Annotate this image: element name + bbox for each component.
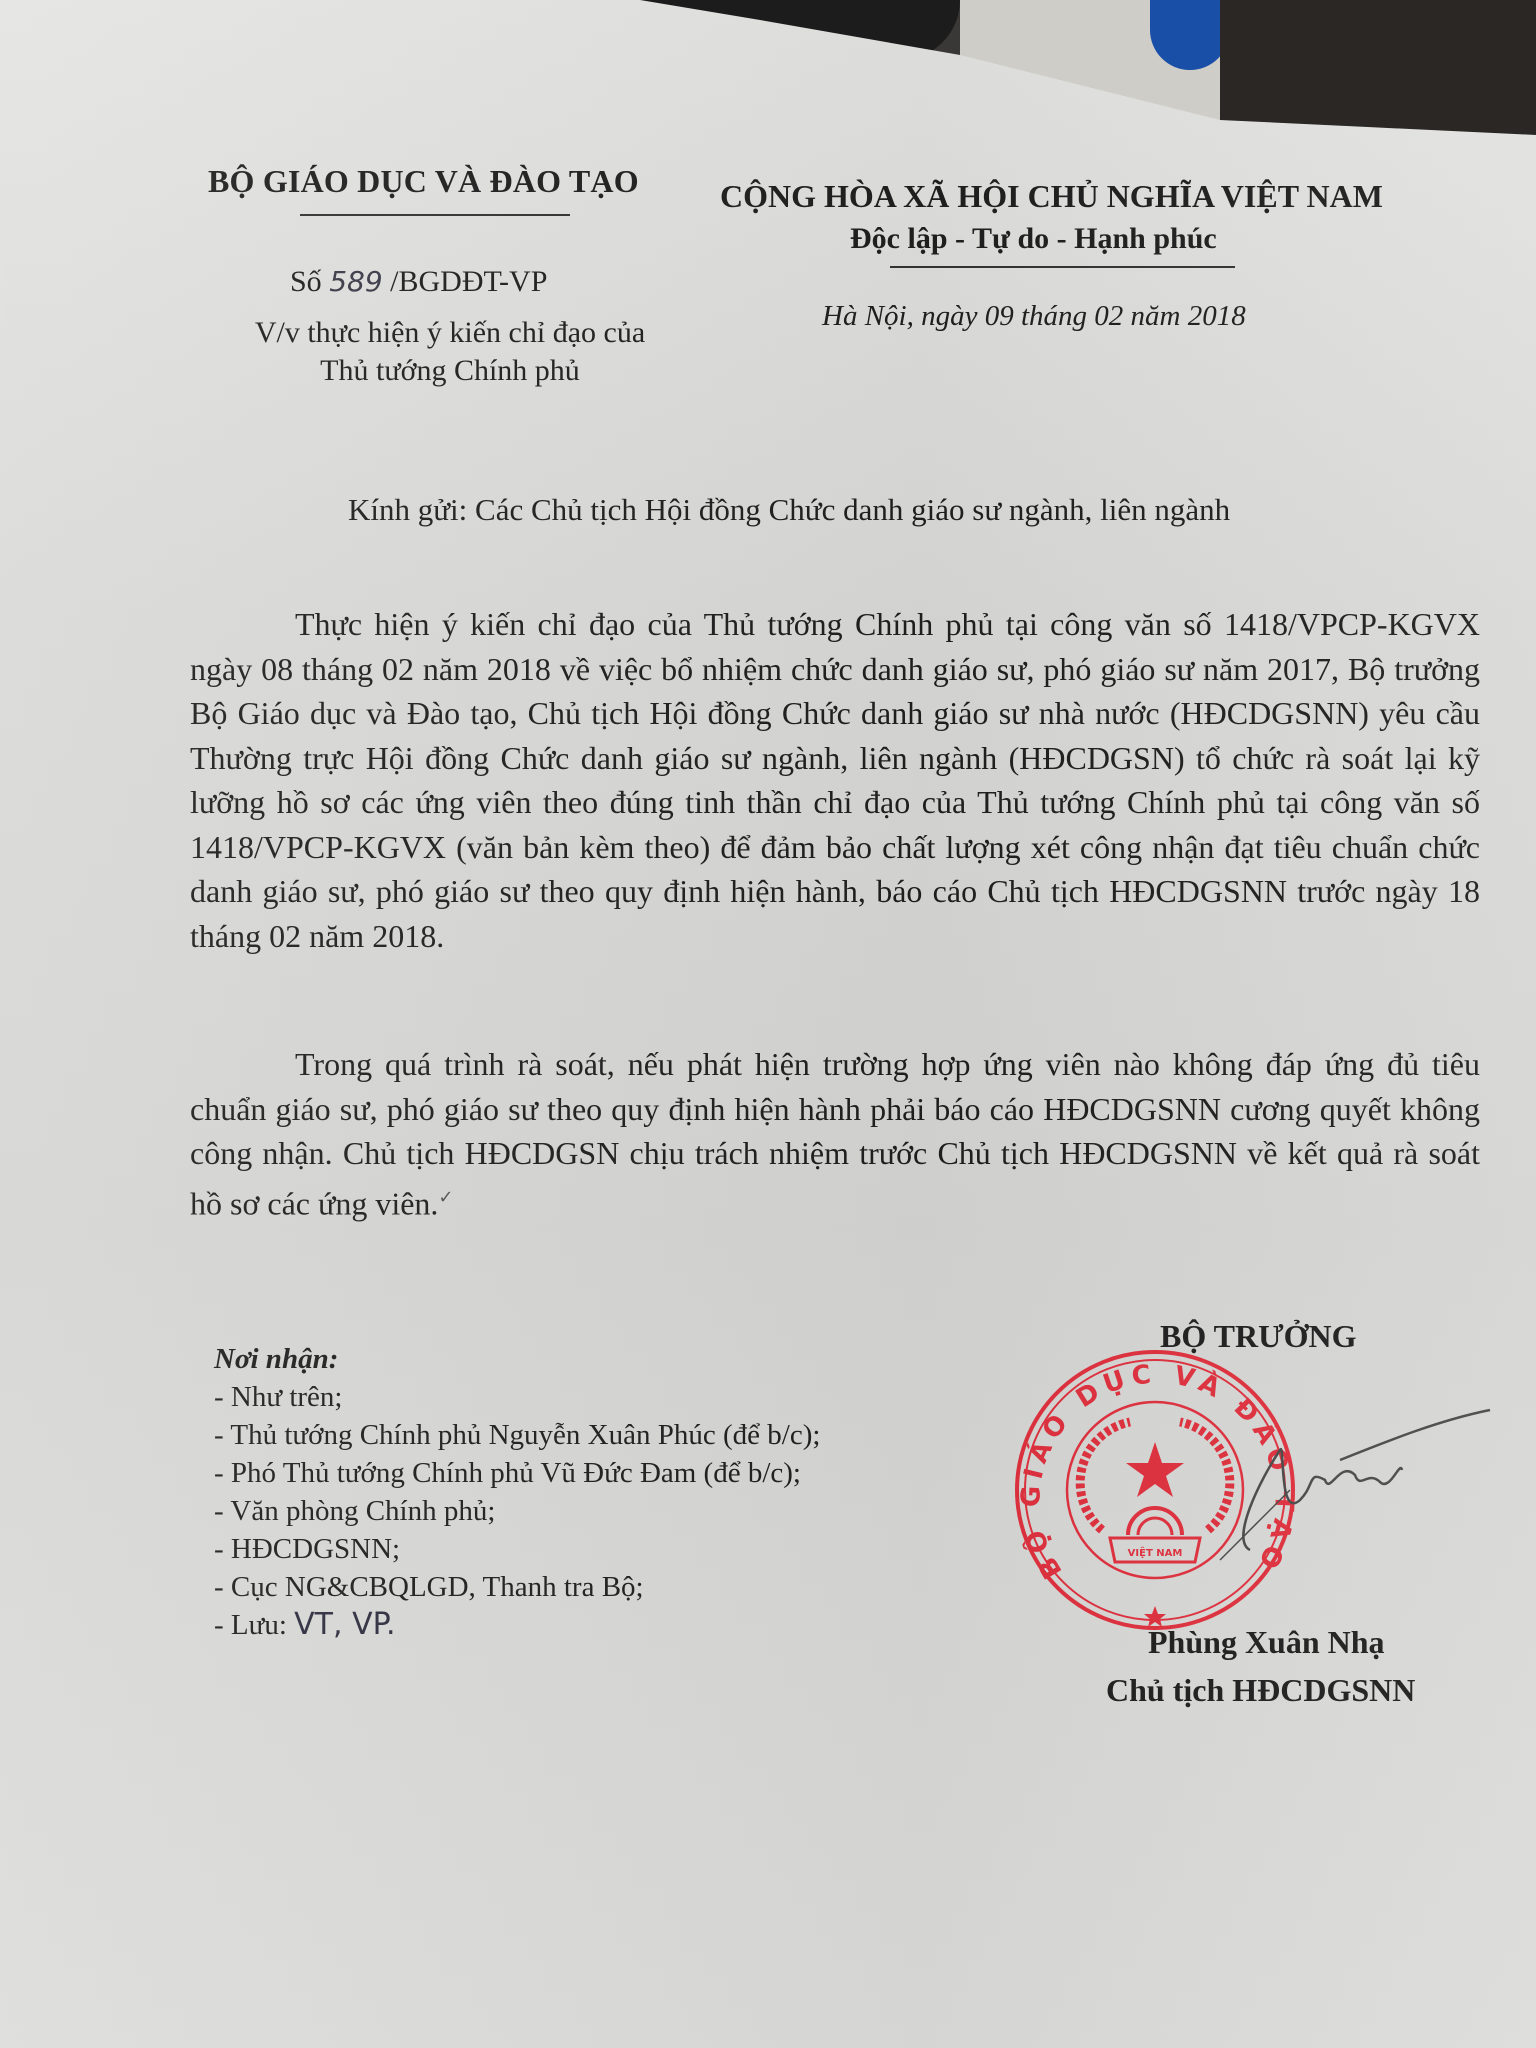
recipient-item: - Văn phòng Chính phủ; [214, 1492, 820, 1530]
agency-underline [300, 214, 570, 216]
body-paragraph-2: Trong quá trình rà soát, nếu phát hiện t… [190, 1042, 1480, 1226]
number-suffix: /BGDĐT-VP [390, 265, 547, 298]
subject-line-1: V/v thực hiện ý kiến chỉ đạo của [210, 314, 690, 352]
document-number: Số 589 /BGDĐT-VP [290, 265, 547, 299]
national-title: CỘNG HÒA XÃ HỘI CHỦ NGHĨA VIỆT NAM [720, 178, 1383, 215]
handwritten-number: 589 [329, 265, 382, 298]
handwritten-signature-icon [1190, 1400, 1500, 1570]
number-prefix: Số [290, 265, 322, 298]
archive-prefix: - Lưu: [214, 1609, 287, 1641]
motto-underline [890, 266, 1235, 268]
recipient-item: - Thủ tướng Chính phủ Nguyễn Xuân Phúc (… [214, 1416, 820, 1454]
recipient-item: - Như trên; [214, 1378, 820, 1416]
recipients-title: Nơi nhận: [214, 1340, 820, 1378]
recipient-item: - Phó Thủ tướng Chính phủ Vũ Đức Đam (để… [214, 1454, 820, 1492]
signatory-title: BỘ TRƯỞNG [1160, 1318, 1356, 1355]
background-object [1220, 0, 1536, 135]
document-subject: V/v thực hiện ý kiến chỉ đạo của Thủ tướ… [210, 314, 690, 390]
national-motto: Độc lập - Tự do - Hạnh phúc [850, 222, 1217, 256]
archive-handwritten: VT, VP. [294, 1607, 395, 1642]
svg-text:VIỆT NAM: VIỆT NAM [1128, 1546, 1183, 1559]
issuing-agency: BỘ GIÁO DỤC VÀ ĐÀO TẠO [208, 163, 639, 200]
document-page: BỘ GIÁO DỤC VÀ ĐÀO TẠO Số 589 /BGDĐT-VP … [0, 0, 1536, 2048]
salutation: Kính gửi: Các Chủ tịch Hội đồng Chức dan… [348, 492, 1230, 528]
recipients-list: Nơi nhận: - Như trên; - Thủ tướng Chính … [214, 1340, 820, 1644]
initial-mark-icon: ✓ [438, 1187, 453, 1208]
body-paragraph-1: Thực hiện ý kiến chỉ đạo của Thủ tướng C… [190, 602, 1480, 958]
paragraph-2-text: Trong quá trình rà soát, nếu phát hiện t… [190, 1046, 1480, 1221]
subject-line-2: Thủ tướng Chính phủ [210, 352, 690, 390]
place-and-date: Hà Nội, ngày 09 tháng 02 năm 2018 [822, 300, 1246, 333]
recipient-archive: - Lưu: VT, VP. [214, 1606, 820, 1644]
recipient-item: - HĐCDGSNN; [214, 1530, 820, 1568]
signer-name: Phùng Xuân Nhạ [1148, 1624, 1385, 1661]
recipient-item: - Cục NG&CBQLGD, Thanh tra Bộ; [214, 1568, 820, 1606]
signer-role: Chủ tịch HĐCDGSNN [1106, 1672, 1415, 1709]
